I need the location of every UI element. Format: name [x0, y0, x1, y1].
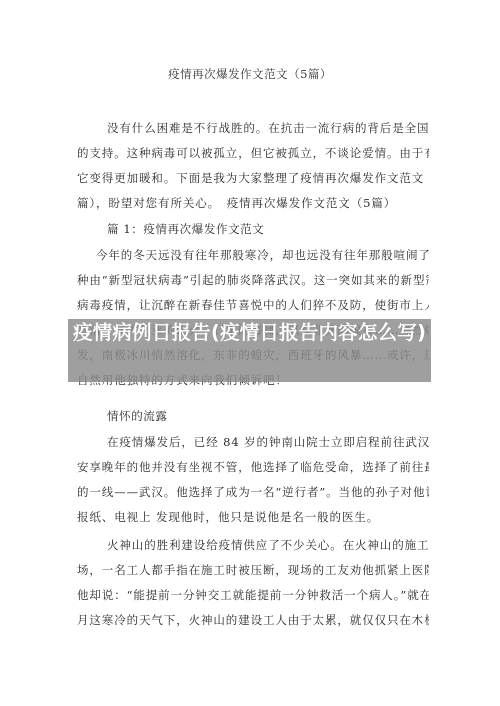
- paragraph3-line-4: 月这寒冷的天气下，火神山的建设工人由于太累，就仅仅只在木板上休: [77, 612, 429, 628]
- section1-line-3: 病毒疫情，让沉醉在新春佳节喜悦中的人们猝不及防，使街市上人变得: [77, 297, 429, 313]
- intro-line-4: 篇），盼望对您有所关心。 疫情再次爆发作文范文（5篇）: [77, 195, 429, 211]
- section1-line-2: 种由“新型冠状病毒”引起的肺炎降落武汉。这一突如其来的新型冠状: [77, 272, 429, 288]
- paragraph2-line-4: 报纸、电视上 发现他时，他只是说他是名一般的医生。: [77, 509, 429, 525]
- paragraph3-line-2: 场，一名工人都手指在施工时被压断，现场的工友劝他抓紧上医院时，: [77, 562, 429, 578]
- intro-line-1: 没有什么困难是不行战胜的。在抗击一流行病的背后是全国人民: [107, 120, 429, 136]
- document-page: 疫情再次爆发作文范文（5篇） 没有什么困难是不行战胜的。在抗击一流行病的背后是全…: [0, 0, 500, 706]
- paragraph3-line-3: 他却说：“能提前一分钟交工就能提前一分钟救活一个病人。”就在二: [77, 587, 429, 603]
- subheading: 情怀的流露: [107, 408, 168, 424]
- paragraph2-line-1: 在疫情爆发后，已经 84 岁的钟南山院士立即启程前往武汉。可以: [107, 434, 429, 450]
- paragraph3-line-1: 火神山的胜利建设给疫情供应了不少关心。在火神山的施工现: [107, 537, 429, 553]
- section1-line-1: 今年的冬天远没有往年那般寒冷，却也远没有往年那般喧闹了。一: [96, 247, 429, 263]
- document-title: 疫情再次爆发作文范文（5篇）: [0, 66, 500, 82]
- paragraph2-line-2: 安享晚年的他并没有坐视不管，他选择了临危受命，选择了前往最危急: [77, 459, 429, 475]
- overlay-title: 疫情病例日报告(疫情日报告内容怎么写): [68, 320, 431, 346]
- section-heading: 篇 1：疫情再次爆发作文范文: [107, 221, 264, 237]
- intro-line-2: 的支持。这种病毒可以被孤立，但它被孤立，不谈论爱情。由于有爱，: [77, 145, 429, 161]
- intro-line-3: 它变得更加暖和。下面是我为大家整理了疫情再次爆发作文范文（5: [77, 170, 429, 186]
- paragraph2-line-3: 的一线——武汉。他选择了成为一名“逆行者”。当他的孙子对他说在: [77, 484, 429, 500]
